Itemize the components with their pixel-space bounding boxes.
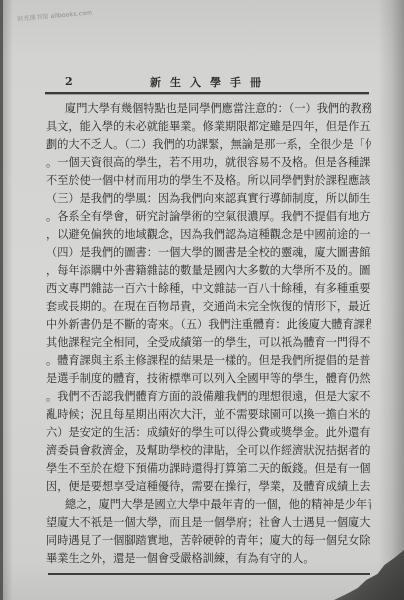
text-line: 具文，能入學的未必就能畢業。修業期限都定雖是四年，但是作五年或六年計 [46,118,371,136]
text-line: 是選手制度的體育，技術標準可以列入全國甲等的學生，體育仍然可以不及格 [46,370,371,388]
text-line: 中外新書仍是不斷的寄來。（五）我們注重體育：此後廈大體育課程的重量和 [46,316,371,334]
page-number: 2 [65,75,73,88]
text-line: 同時遇見了一個腳踏實地，苦幹硬幹的青年；廈大的每一個兒女除了是大學 [46,532,371,550]
text-line: 六）是安定的生活：成績好的學生可以得公費或獎學金。此外還有中國學生救 [46,424,371,442]
header-rule [45,92,369,94]
text-line: 。一個天資很高的學生，若不用功，就很容易不及格。但是各種課程的標準也 [46,154,371,172]
text-line: ，每年添購中外書籍雜誌的數量是國內大多數的大學所不及的。圖書館中現有 [46,262,371,280]
text-line: 其他課程完全相同，全受成績第一的學生，可以祇為體育一門得不到獎學金 [46,334,371,352]
text-line: 廈門大學有幾個特點也是同學們應當注意的：（一）我們的教務通則不是 [46,100,371,118]
text-line: 。各系全有學會，研究討論學術的空氣很濃厚。我們不提倡有地方色彩的團體 [46,208,371,226]
text-line: （四）是我們的圖書：一個大學的圖書是全校的靈魂，廈大圖書館的收藏不論 [46,244,371,262]
text-line: 畢業生之外，還是一個會受嚴格訓練，有為有守的人。 [46,550,371,568]
text-line: 濟委員會救濟金，及幫助學校的津貼，全可以作經濟狀況拮据者的補救，一個 [46,442,371,460]
text-line: 亂時候；況且每星期出兩次大汗，並不需要球園可以換一擔白米的大皮球。（ [46,406,371,424]
text-line: 西文專門雜誌一百六十餘種，中文雜誌一百八十餘種，有多種重要的雜誌是全 [46,280,371,298]
text-line: 望廈大不祇是一個大學，而且是一個學府；社會人士遇見一個廈大的學生，就 [46,514,371,532]
text-line: 。體育課與主系主修課程的結果是一樣的。但是我們所提倡的是普及的而不 [46,352,371,370]
body-text: 廈門大學有幾個特點也是同學們應當注意的：（一）我們的教務通則不是 具文，能入學的… [46,100,371,568]
footer-rule [48,573,370,575]
text-line: 總之，廈門大學是國立大學中最年青的一個，他的精神是少年青！我們希 [46,496,371,514]
scanned-page: 时光图书馆 allbooks.com 2 新生入學手冊 廈門大學有幾個特點也是同… [3,0,404,600]
running-title: 新生入學手冊 [150,74,270,90]
text-line: 不至於使一個中材而用功的學生不及格。所以同學們對於課程應該勿驕勿餒。 [46,172,371,190]
watermark: 时光图书馆 allbooks.com [17,7,92,23]
text-line: 。我們不否認我們體育方面的設備離我們的理想很遠，但是大家不要忘了現在是戰 [46,388,371,406]
text-line: 套或長期的。在現在百物昂貴，交通尚未完全恢復的情形下，最近出版的 [46,298,371,316]
text-line: 學生不至於在燈下預備功課時還得打算第二天的飯錢。但是有一個最重要的原 [46,460,371,478]
running-header: 2 新生入學手冊 [45,74,369,92]
text-line: ，以避免偏狹的地域觀念，因為我們認為這種觀念是中國前途的一種大障礙。 [46,226,371,244]
text-line: （三）是我們的學風：因為我們向來認真實行導師制度，所以師生間很少隔膜 [46,190,371,208]
text-line: 因，便是要想享受這種優待，需要在操行，學業，及體育成績上去努力。 [46,478,371,496]
text-line: 劃的大不乏人。（二）我們的功課緊，無論是那一系，全很少是「休息課程」 [46,136,371,154]
